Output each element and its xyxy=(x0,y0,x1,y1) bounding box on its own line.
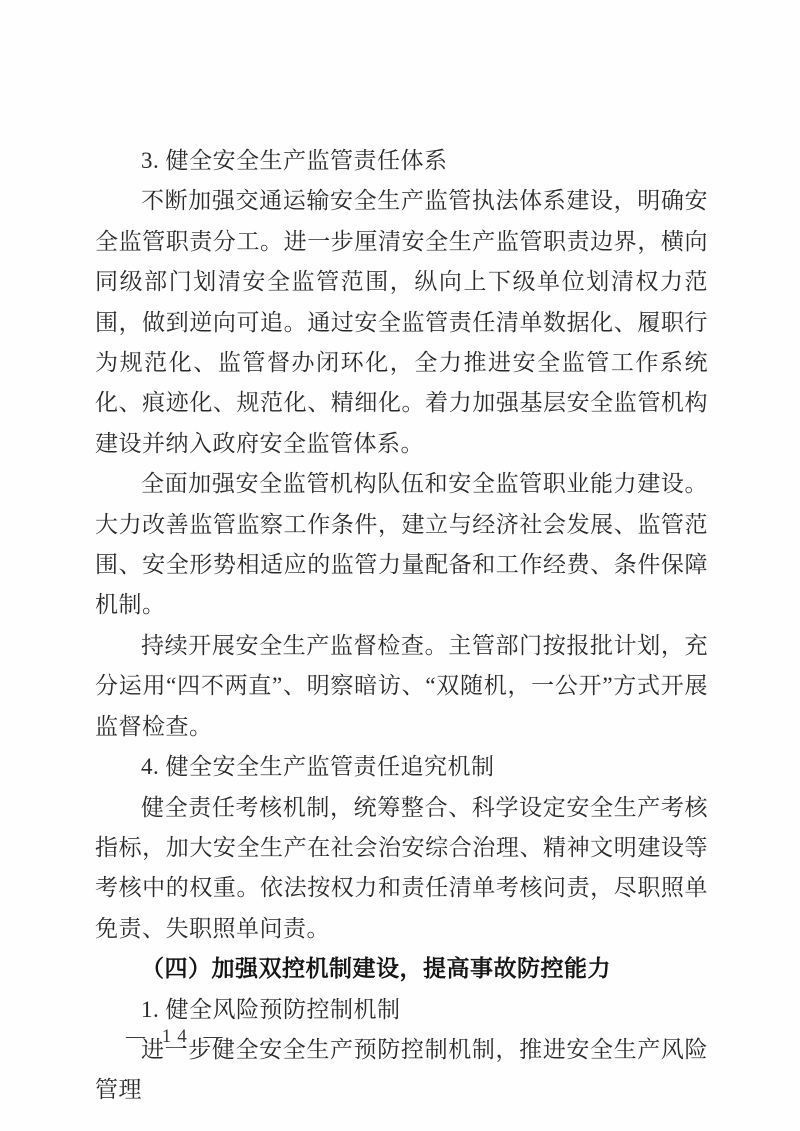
document-text-body: 3. 健全安全生产监管责任体系 不断加强交通运输安全生产监管执法体系建设，明确安… xyxy=(95,141,708,1111)
numbered-heading-3: 3. 健全安全生产监管责任体系 xyxy=(95,141,708,181)
body-paragraph: 全面加强安全监管机构队伍和安全监管职业能力建设。大力改善监管监察工作条件，建立与… xyxy=(95,464,708,626)
body-paragraph: 健全责任考核机制，统筹整合、科学设定安全生产考核指标，加大安全生产在社会治安综合… xyxy=(95,788,708,950)
numbered-heading-4: 4. 健全安全生产监管责任追究机制 xyxy=(95,747,708,787)
page-number: — 14 — xyxy=(126,1024,229,1050)
body-paragraph: 持续开展安全生产监督检查。主管部门按报批计划，充分运用“四不两直”、明察暗访、“… xyxy=(95,626,708,747)
bold-section-heading-si: （四）加强双控机制建设，提高事故防控能力 xyxy=(95,949,708,989)
document-page: 3. 健全安全生产监管责任体系 不断加强交通运输安全生产监管执法体系建设，明确安… xyxy=(0,0,800,1131)
body-paragraph: 不断加强交通运输安全生产监管执法体系建设，明确安全监管职责分工。进一步厘清安全生… xyxy=(95,181,708,464)
